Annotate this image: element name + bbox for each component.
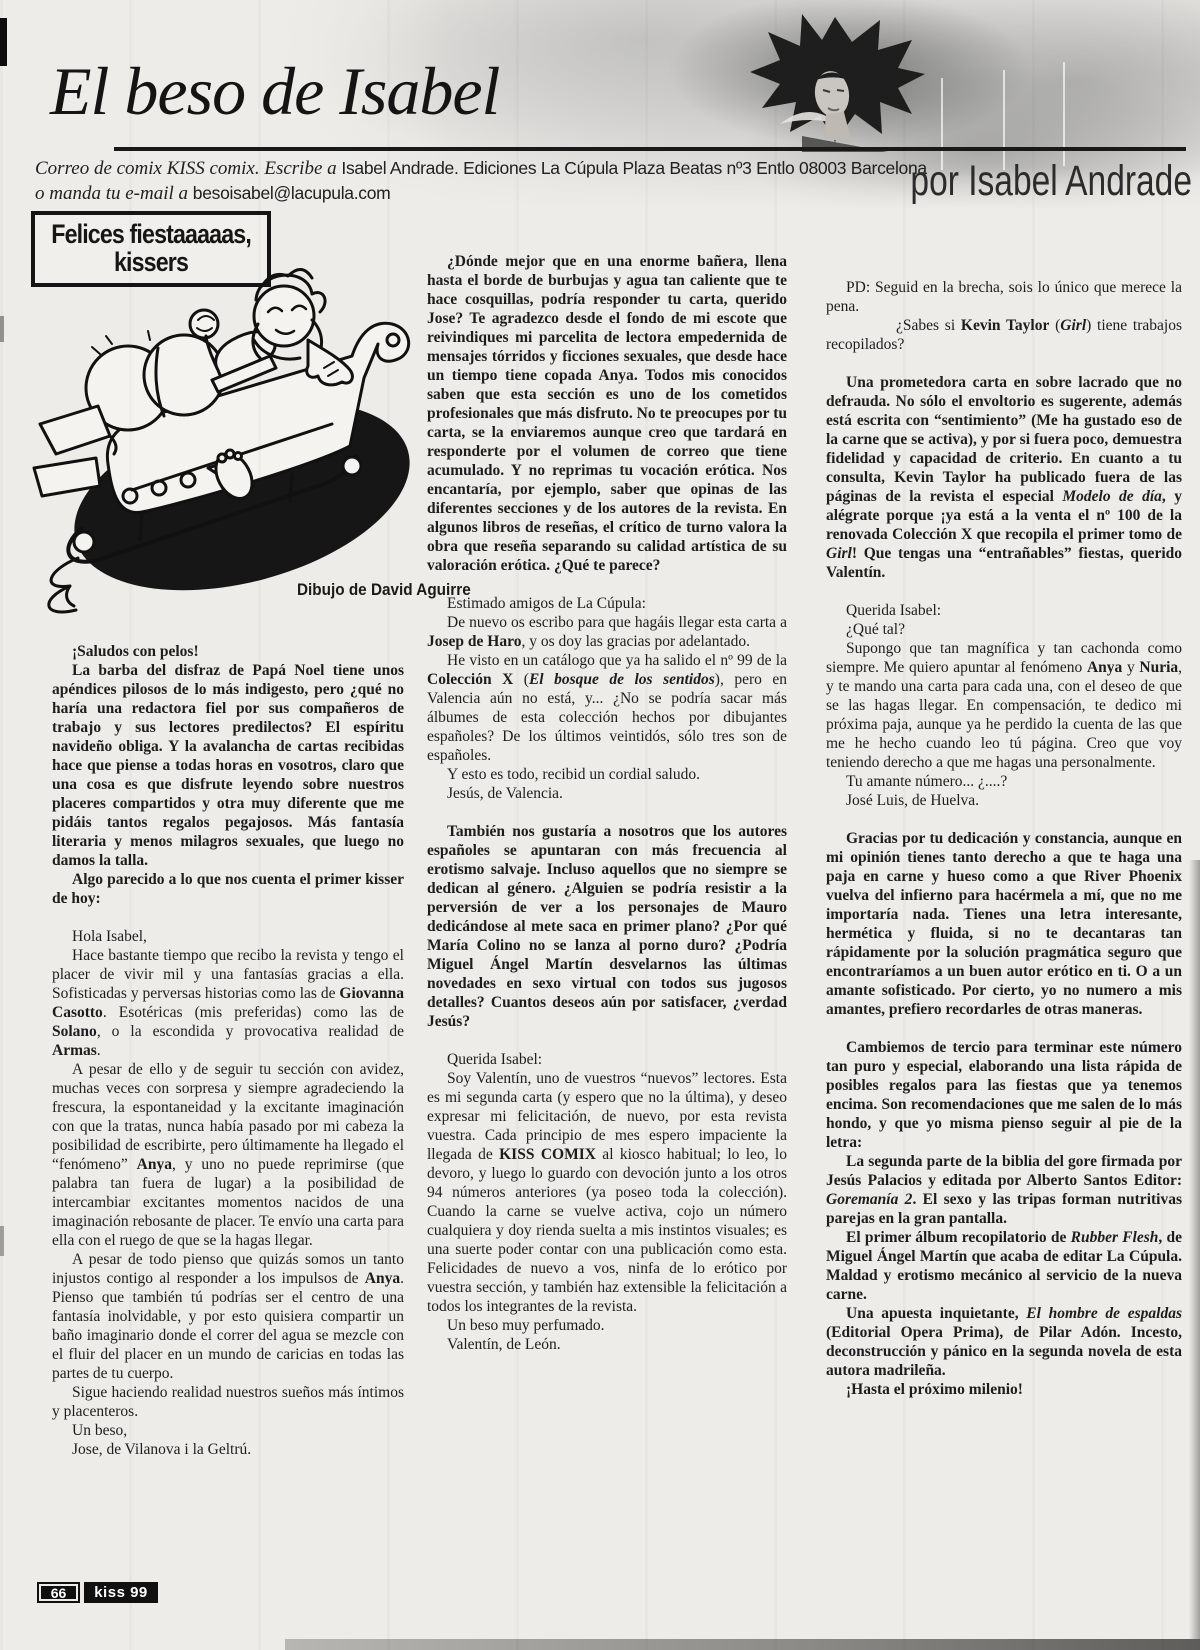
text-segment: ¡Hasta el próximo milenio!	[846, 1381, 1023, 1398]
paragraph: Un beso,	[52, 1421, 404, 1440]
paragraph: Tu amante número... ¿....?	[826, 772, 1182, 791]
paragraph: Soy Valentín, uno de vuestros “nuevos” l…	[427, 1069, 787, 1316]
text-segment: De nuevo os escribo para que hagáis lleg…	[447, 614, 787, 631]
page-title: El beso de Isabel	[50, 52, 499, 131]
text-segment: Kevin Taylor	[961, 317, 1049, 334]
text-segment: Querida Isabel:	[846, 602, 941, 619]
text-segment: Modelo de día	[1062, 488, 1162, 505]
text-segment: ¿Qué tal?	[846, 621, 905, 638]
column-2: ¿Dónde mejor que en una enorme bañera, l…	[427, 252, 787, 1354]
scan-edge-bottom	[285, 1639, 1200, 1650]
text-segment: A pesar de todo pienso que quizás somos …	[52, 1251, 404, 1287]
column-3: PD: Seguid en la brecha, sois lo único q…	[826, 278, 1182, 1399]
text-segment: ! Que tengas una “entrañables” fiestas, …	[826, 545, 1182, 581]
paragraph: A pesar de ello y de seguir tu sección c…	[52, 1060, 404, 1250]
title-rule	[114, 147, 1186, 151]
paragraph: Algo parecido a lo que nos cuenta el pri…	[52, 870, 404, 908]
text-segment: Una prometedora carta en sobre lacrado q…	[826, 374, 1182, 505]
text-segment: (	[1049, 317, 1060, 334]
paragraph: De nuevo os escribo para que hagáis lleg…	[427, 613, 787, 651]
text-segment: Querida Isabel:	[447, 1051, 542, 1068]
text-segment: Colección X	[427, 671, 513, 688]
text-segment: y	[1122, 659, 1139, 676]
paragraph: Supongo que tan magnífica y tan cachonda…	[826, 639, 1182, 772]
text-segment: Rubber Flesh	[1071, 1229, 1159, 1246]
text-segment: El hombre de espaldas	[1026, 1305, 1182, 1322]
paragraph: ¿Qué tal?	[826, 620, 1182, 639]
column-1: ¡Saludos con pelos!La barba del disfraz …	[52, 642, 404, 1459]
text-segment: Valentín, de León.	[447, 1336, 561, 1353]
text-segment: Algo parecido a lo que nos cuenta el pri…	[52, 871, 404, 907]
text-segment: La segunda parte de la biblia del gore f…	[826, 1153, 1182, 1189]
scan-mark	[0, 1226, 4, 1256]
text-segment: al kiosco habitual; lo leo, lo devoro, y…	[427, 1146, 787, 1315]
scan-mark	[0, 18, 7, 66]
paragraph: He visto en un catálogo que ya ha salido…	[427, 651, 787, 765]
paragraph: Gracias por tu dedicación y constancia, …	[826, 829, 1182, 1019]
text-segment: El primer álbum recopilatorio de	[846, 1229, 1071, 1246]
text-segment: , y os doy las gracias por adelantado.	[521, 633, 750, 650]
paragraph: José Luis, de Huelva.	[826, 791, 1182, 810]
paragraph: Querida Isabel:	[826, 601, 1182, 620]
paragraph: Valentín, de León.	[427, 1335, 787, 1354]
text-segment: La barba del disfraz de Papá Noel tiene …	[52, 662, 404, 869]
paragraph: La segunda parte de la biblia del gore f…	[826, 1152, 1182, 1228]
toe	[235, 453, 242, 460]
subtitle-italic-1: Correo de comix KISS comix. Escribe a	[35, 158, 341, 179]
paragraph: Hola Isabel,	[52, 927, 404, 946]
rear-wheel	[343, 457, 361, 475]
scan-edge-right	[1189, 860, 1200, 1650]
text-segment: Josep de Haro	[427, 633, 521, 650]
subtitle: Correo de comix KISS comix. Escribe a Is…	[35, 156, 927, 206]
text-segment: Solano	[52, 1023, 97, 1040]
isabel-photo	[740, 2, 930, 154]
paragraph: ¡Saludos con pelos!	[52, 642, 404, 661]
text-segment: Armas	[52, 1042, 97, 1059]
text-segment: Un beso muy perfumado.	[447, 1317, 605, 1334]
subtitle-address: Isabel Andrade. Ediciones La Cúpula Plaz…	[341, 158, 926, 178]
text-segment: Girl	[826, 545, 852, 562]
paragraph: Cambiemos de tercio para terminar este n…	[826, 1038, 1182, 1152]
page-number-badge: 66	[37, 1582, 80, 1603]
text-segment: . Esotéricas (mis preferidas) como las d…	[103, 1004, 404, 1021]
text-segment: Cambiemos de tercio para terminar este n…	[826, 1039, 1182, 1151]
santa-sleigh-illustration	[12, 228, 430, 623]
magazine-badge: kiss 99	[84, 1582, 158, 1603]
woman-head	[254, 286, 314, 346]
text-segment: Nuria	[1139, 659, 1178, 676]
paragraph: Querida Isabel:	[427, 1050, 787, 1069]
text-segment: , o la escondida y provocativa realidad …	[97, 1023, 404, 1040]
text-segment: Jose, de Vilanova i la Geltrú.	[72, 1441, 251, 1458]
text-segment: Anya	[598, 367, 633, 384]
text-segment: KISS COMIX	[499, 1146, 596, 1163]
paragraph: Un beso muy perfumado.	[427, 1316, 787, 1335]
text-segment: Anya	[1087, 659, 1122, 676]
text-segment: ¿Dónde mejor que en una enorme bañera, l…	[427, 253, 787, 384]
text-segment: He visto en un catálogo que ya ha salido…	[447, 652, 787, 669]
paragraph: Hace bastante tiempo que recibo la revis…	[52, 946, 404, 1060]
text-segment: Goremanía 2	[826, 1191, 912, 1208]
text-segment: Sigue haciendo realidad nuestros sueños …	[52, 1384, 404, 1420]
email-address: besoisabel@lacupula.com	[193, 183, 391, 203]
text-segment: Una apuesta inquietante,	[846, 1305, 1026, 1322]
paragraph: Estimado amigos de La Cúpula:	[427, 594, 787, 613]
text-segment: . Todos mis conocidos saben que esta sec…	[427, 367, 787, 574]
text-segment: Estimado amigos de La Cúpula:	[447, 595, 646, 612]
text-segment: PD: Seguid en la brecha, sois lo único q…	[826, 279, 1182, 315]
paragraph: ¿Sabes si Kevin Taylor (Girl) tiene trab…	[826, 316, 1182, 354]
text-segment: José Luis, de Huelva.	[846, 792, 979, 809]
scan-streak	[1003, 70, 1005, 170]
text-segment: ¡Saludos con pelos!	[72, 643, 199, 660]
paragraph: Una apuesta inquietante, El hombre de es…	[826, 1304, 1182, 1380]
text-segment: .	[97, 1042, 101, 1059]
paragraph: Sigue haciendo realidad nuestros sueños …	[52, 1383, 404, 1421]
ribbon	[49, 558, 78, 612]
paragraph: Y esto es todo, recibid un cordial salud…	[427, 765, 787, 784]
text-segment: (Editorial Opera Prima), de Pilar Adón. …	[826, 1324, 1182, 1379]
text-segment: Anya	[365, 1270, 400, 1287]
text-segment: Jesús, de Valencia.	[447, 785, 563, 802]
text-segment: El bosque de los sentidos	[529, 671, 715, 688]
santa-boot-top	[40, 406, 110, 454]
paragraph: ¡Hasta el próximo milenio!	[826, 1380, 1182, 1399]
runner-curl	[74, 532, 94, 552]
text-segment: También nos gustaría a nosotros que los …	[427, 823, 787, 1030]
paragraph: También nos gustaría a nosotros que los …	[427, 822, 787, 1031]
magazine-page: El beso de Isabel Correo de comix KISS c…	[0, 0, 1200, 1650]
text-segment: (	[513, 671, 529, 688]
toe	[226, 450, 234, 458]
paragraph: Una prometedora carta en sobre lacrado q…	[826, 373, 1182, 582]
paragraph: Jose, de Vilanova i la Geltrú.	[52, 1440, 404, 1459]
text-segment: Hola Isabel,	[72, 928, 147, 945]
text-segment: Y esto es todo, recibid un cordial salud…	[447, 766, 700, 783]
paragraph: A pesar de todo pienso que quizás somos …	[52, 1250, 404, 1383]
text-segment: Un beso,	[72, 1422, 127, 1439]
paragraph: ¿Dónde mejor que en una enorme bañera, l…	[427, 252, 787, 575]
paragraph: PD: Seguid en la brecha, sois lo único q…	[826, 278, 1182, 316]
paragraph: La barba del disfraz de Papá Noel tiene …	[52, 661, 404, 870]
text-segment: Gracias por tu dedicación y constancia, …	[826, 830, 1182, 1018]
text-segment: ¿Sabes si	[896, 317, 961, 334]
text-segment: Tu amante número... ¿....?	[846, 773, 1007, 790]
hat-pompom	[190, 310, 218, 338]
scan-mark	[0, 316, 4, 342]
text-segment: Anya	[137, 1156, 172, 1173]
subtitle-italic-2: o manda tu e-mail a	[35, 183, 193, 204]
text-segment: Girl	[1060, 317, 1086, 334]
paragraph: El primer álbum recopilatorio de Rubber …	[826, 1228, 1182, 1304]
paragraph: Jesús, de Valencia.	[427, 784, 787, 803]
byline: por Isabel Andrade	[910, 157, 1192, 206]
